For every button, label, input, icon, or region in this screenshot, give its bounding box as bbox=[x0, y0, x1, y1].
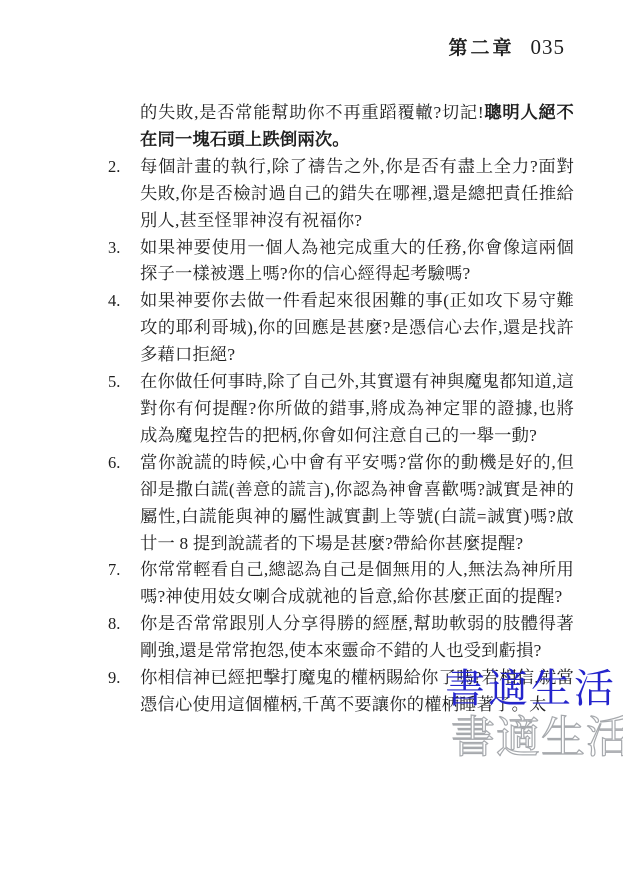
list-item-continuation: 的失敗,是否常能幫助你不再重蹈覆轍?切記!聰明人絕不在同一塊石頭上跌倒兩次。 bbox=[108, 100, 576, 154]
chapter-title: 第二章 bbox=[448, 33, 514, 60]
book-page: 第二章 035 的失敗,是否常能幫助你不再重蹈覆轍?切記!聰明人絕不在同一塊石頭… bbox=[0, 0, 623, 884]
item-number: 8. bbox=[108, 611, 140, 638]
item-text: 如果神要使用一個人為祂完成重大的任務,你會像這兩個探子一樣被選上嗎?你的信心經得… bbox=[140, 235, 574, 289]
question-list: 的失敗,是否常能幫助你不再重蹈覆轍?切記!聰明人絕不在同一塊石頭上跌倒兩次。 2… bbox=[108, 100, 576, 719]
item-text: 在你做任何事時,除了自己外,其實還有神與魔鬼都知道,這對你有何提醒?你所做的錯事… bbox=[140, 369, 574, 450]
list-item: 7. 你常常輕看自己,總認為自己是個無用的人,無法為神所用嗎?神使用妓女喇合成就… bbox=[108, 557, 576, 611]
page-number: 035 bbox=[531, 35, 566, 60]
item-number: 2. bbox=[108, 154, 140, 181]
item-number: 7. bbox=[108, 557, 140, 584]
item-number: 6. bbox=[108, 450, 140, 477]
item-text: 如果神要你去做一件看起來很困難的事(正如攻下易守難攻的耶利哥城),你的回應是甚麼… bbox=[140, 288, 574, 369]
item-number: 4. bbox=[108, 288, 140, 315]
item-text: 的失敗,是否常能幫助你不再重蹈覆轍?切記!聰明人絕不在同一塊石頭上跌倒兩次。 bbox=[140, 100, 574, 154]
item-number: 3. bbox=[108, 235, 140, 262]
watermark-outline: 書適生活 bbox=[451, 701, 623, 765]
list-item: 2. 每個計畫的執行,除了禱告之外,你是否有盡上全力?面對失敗,你是否檢討過自己… bbox=[108, 154, 576, 235]
continuation-regular-text: 的失敗,是否常能幫助你不再重蹈覆轍?切記! bbox=[140, 103, 484, 122]
item-text: 你常常輕看自己,總認為自己是個無用的人,無法為神所用嗎?神使用妓女喇合成就祂的旨… bbox=[140, 557, 574, 611]
list-item: 5. 在你做任何事時,除了自己外,其實還有神與魔鬼都知道,這對你有何提醒?你所做… bbox=[108, 369, 576, 450]
list-item: 3. 如果神要使用一個人為祂完成重大的任務,你會像這兩個探子一樣被選上嗎?你的信… bbox=[108, 235, 576, 289]
item-text: 每個計畫的執行,除了禱告之外,你是否有盡上全力?面對失敗,你是否檢討過自己的錯失… bbox=[140, 154, 574, 235]
page-header: 第二章 035 bbox=[448, 33, 565, 60]
item-text: 當你說謊的時候,心中會有平安嗎?當你的動機是好的,但卻是撒白謊(善意的謊言),你… bbox=[140, 450, 574, 558]
list-item: 4. 如果神要你去做一件看起來很困難的事(正如攻下易守難攻的耶利哥城),你的回應… bbox=[108, 288, 576, 369]
list-item: 6. 當你說謊的時候,心中會有平安嗎?當你的動機是好的,但卻是撒白謊(善意的謊言… bbox=[108, 450, 576, 558]
item-number: 9. bbox=[108, 665, 140, 692]
item-number: 5. bbox=[108, 369, 140, 396]
